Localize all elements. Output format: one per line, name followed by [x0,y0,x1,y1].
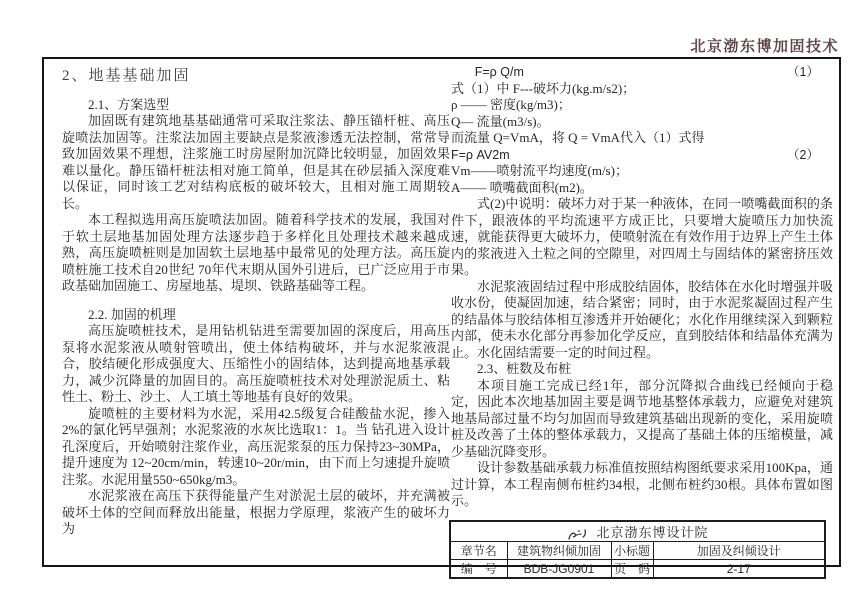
page-header-title: 北京渤东博加固技术 [690,35,839,56]
content-frame: 2、地基基础加固 2.1、方案选型 加固既有建筑地基基础通常可采取注浆法、静压锚… [42,57,841,567]
paragraph-pile-count-2: 设计参数基础承载力标准值按照结构图纸要求采用100Kpa，通过计算，本工程南侧布… [451,460,833,510]
paragraph-mechanism-2: 旋喷桩的主要材料为水泥，采用42.5级复合硅酸盐水泥，掺入2%的氯化钙早强剂；水… [62,406,450,489]
paragraph-formula-explanation: 式(2)中说明：破坏力对于某一种液体，在同一喷嘴截面积的条件下，跟液体的平均流速… [451,196,833,279]
formula-1-number: （1） [787,64,833,81]
chapter-label-cell: 章节名 [450,542,507,560]
formula-definition-line: ρ —— 密度(kg/m3)； [451,97,833,114]
institute-name: 北京渤东博设计院 [597,525,709,540]
formula-substitution-line: 而流量 Q=VmA，将 Q = VmA代入（1）式得 [451,130,833,147]
formula-definition-line: Vm——喷射流平均速度(m/s)； [451,163,833,180]
number-label-cell: 编 号 [450,560,507,579]
page-number-cell: 2-17 [653,560,825,579]
chapter-heading: 2、地基基础加固 [62,68,450,85]
subtitle-value-cell: 加固及纠倾设计 [653,542,825,560]
drawing-number-cell: BDB-JG0901 [507,560,611,579]
section-title-2-2: 2.2. 加固的机理 [62,307,450,324]
paragraph-mechanism-1: 高压旋喷桩技术，是用钻机钻进至需要加固的深度后，用高压泵将水泥浆液从喷射管喷出，… [62,323,450,406]
formula-1-row: F=ρ Q/m （1） [451,64,833,81]
formula-2-number: （2） [787,147,833,164]
formula-2: F=ρ AV2m [451,147,510,164]
table-row-institute: 北京渤东博设计院 [450,521,825,542]
institute-cell: 北京渤东博设计院 [450,521,825,542]
formula-definition-line: A—— 喷嘴截面积(m2)。 [451,180,833,197]
section-title-2-3: 2.3、桩数及布桩 [451,361,833,378]
title-block-table: 北京渤东博设计院 章节名 建筑物纠倾加固 小标题 加固及纠倾设计 编 号 BDB… [449,520,826,579]
right-column: F=ρ Q/m （1） 式（1）中 F---破坏力(kg.m/s2)； ρ ——… [451,64,833,510]
chapter-value-cell: 建筑物纠倾加固 [507,542,611,560]
paragraph-scheme-selection-2: 本工程拟选用高压旋喷法加固。随着科学技术的发展，我国对于软土层地基加固处理方法逐… [62,212,450,295]
left-column: 2、地基基础加固 2.1、方案选型 加固既有建筑地基基础通常可采取注浆法、静压锚… [62,68,450,538]
paragraph-mechanism-3: 水泥浆液在高压下获得能量产生对淤泥土层的破坏，并充满被破坏土体的空间而释放出能量… [62,488,450,538]
institute-swoosh-logo-icon [567,528,591,541]
paragraph-cement-solidification: 水泥浆液固结过程中形成胶结固体，胶结体在水化时增强并吸收水份，使凝固加速，结合紧… [451,279,833,362]
page-label-cell: 页 码 [611,560,653,579]
paragraph-pile-count-1: 本项目施工完成已经1年，部分沉降拟合曲线已经倾向于稳定，因此本次地基加固主要是调… [451,378,833,461]
formula-definition-line: 式（1）中 F---破坏力(kg.m/s2)； [451,81,833,98]
formula-1: F=ρ Q/m [451,64,524,81]
table-row-chapter: 章节名 建筑物纠倾加固 小标题 加固及纠倾设计 [450,542,825,560]
section-title-2-1: 2.1、方案选型 [62,97,450,114]
table-row-number: 编 号 BDB-JG0901 页 码 2-17 [450,560,825,579]
formula-definition-line: Q— 流量(m3/s)。 [451,114,833,131]
paragraph-scheme-selection-1: 加固既有建筑地基基础通常可采取注浆法、静压锚杆桩、高压旋喷法加固等。注浆法加固主… [62,113,450,212]
formula-2-row: F=ρ AV2m （2） [451,147,833,164]
subtitle-label-cell: 小标题 [611,542,653,560]
